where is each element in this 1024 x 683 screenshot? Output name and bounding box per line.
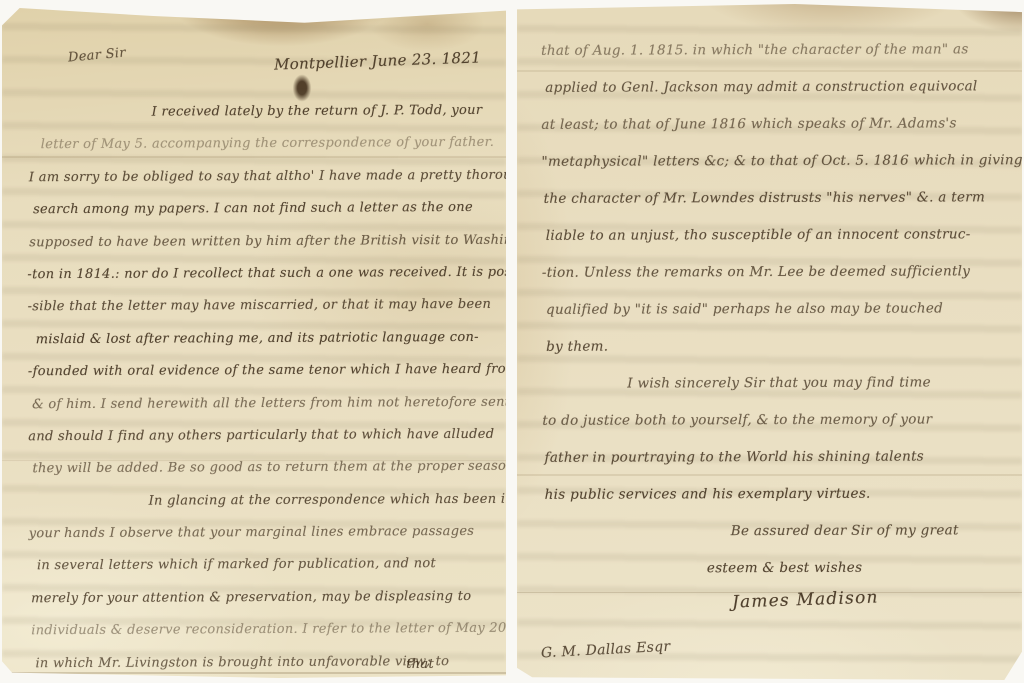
manuscript-line: & of him. I send herewith all the letter…	[28, 386, 500, 421]
manuscript-line: mislaid & lost after reaching me, and it…	[28, 321, 500, 356]
manuscript-line: -sible that the letter may have miscarri…	[27, 289, 499, 324]
manuscript-line: -tion. Unless the remarks on Mr. Lee be …	[542, 253, 1016, 292]
manuscript-line: search among my papers. I can not find s…	[27, 192, 499, 227]
manuscript-line: letter of May 5. accompanying the corres…	[27, 127, 499, 162]
manuscript-line: to do justice both to yourself, & to the…	[542, 401, 1016, 440]
manuscript-line: I wish sincerely Sir that you may find t…	[542, 364, 1016, 403]
manuscript-line: I received lately by the return of J. P.…	[26, 95, 498, 130]
manuscript-line: they will be added. Be so good as to ret…	[28, 451, 500, 486]
salutation: Dear Sir	[67, 46, 126, 66]
letter-scan: Dear Sir Montpellier June 23. 1821 I rec…	[0, 0, 1024, 683]
manuscript-line: qualified by "it is said" perhaps he als…	[542, 290, 1016, 329]
manuscript-line: In glancing at the correspondence which …	[29, 483, 501, 518]
letter-page-2: that of Aug. 1. 1815. in which "the char…	[517, 4, 1022, 680]
manuscript-line: merely for your attention & preservation…	[29, 581, 501, 616]
manuscript-line: -founded with oral evidence of the same …	[28, 354, 500, 389]
manuscript-line: by them.	[542, 327, 1016, 366]
dateline: Montpellier June 23. 1821	[274, 48, 482, 73]
manuscript-line: that of Aug. 1. 1815. in which "the char…	[541, 31, 1015, 70]
manuscript-line: Be assured dear Sir of my great	[543, 512, 1017, 551]
manuscript-line: esteem & best wishes	[543, 549, 1017, 588]
page-2-body: that of Aug. 1. 1815. in which "the char…	[541, 31, 1017, 588]
addressee: G. M. Dallas Esqr	[541, 639, 671, 662]
manuscript-line: his public services and his exemplary vi…	[543, 475, 1017, 514]
manuscript-line: father in pourtraying to the World his s…	[542, 438, 1016, 477]
manuscript-line: liable to an unjust, tho susceptible of …	[542, 216, 1016, 255]
manuscript-line: individuals & deserve reconsideration. I…	[29, 613, 501, 648]
manuscript-line: I am sorry to be obliged to say that alt…	[27, 160, 499, 195]
manuscript-line: in several letters which if marked for p…	[29, 548, 501, 583]
catchword: that	[406, 657, 434, 672]
manuscript-line: and should I find any others particularl…	[28, 419, 500, 454]
manuscript-line: -ton in 1814.: nor do I recollect that s…	[27, 257, 499, 292]
manuscript-line: your hands I observe that your marginal …	[29, 516, 501, 551]
signature: James Madison	[732, 587, 879, 612]
page-1-body: I received lately by the return of J. P.…	[26, 95, 501, 678]
manuscript-line: "metaphysical" letters &c; & to that of …	[541, 142, 1015, 181]
manuscript-line: at least; to that of June 1816 which spe…	[541, 105, 1015, 144]
manuscript-line: the character of Mr. Lowndes distrusts "…	[542, 179, 1016, 218]
letter-page-1: Dear Sir Montpellier June 23. 1821 I rec…	[2, 8, 506, 678]
manuscript-line: supposed to have been written by him aft…	[27, 224, 499, 259]
manuscript-line: applied to Genl. Jackson may admit a con…	[541, 68, 1015, 107]
